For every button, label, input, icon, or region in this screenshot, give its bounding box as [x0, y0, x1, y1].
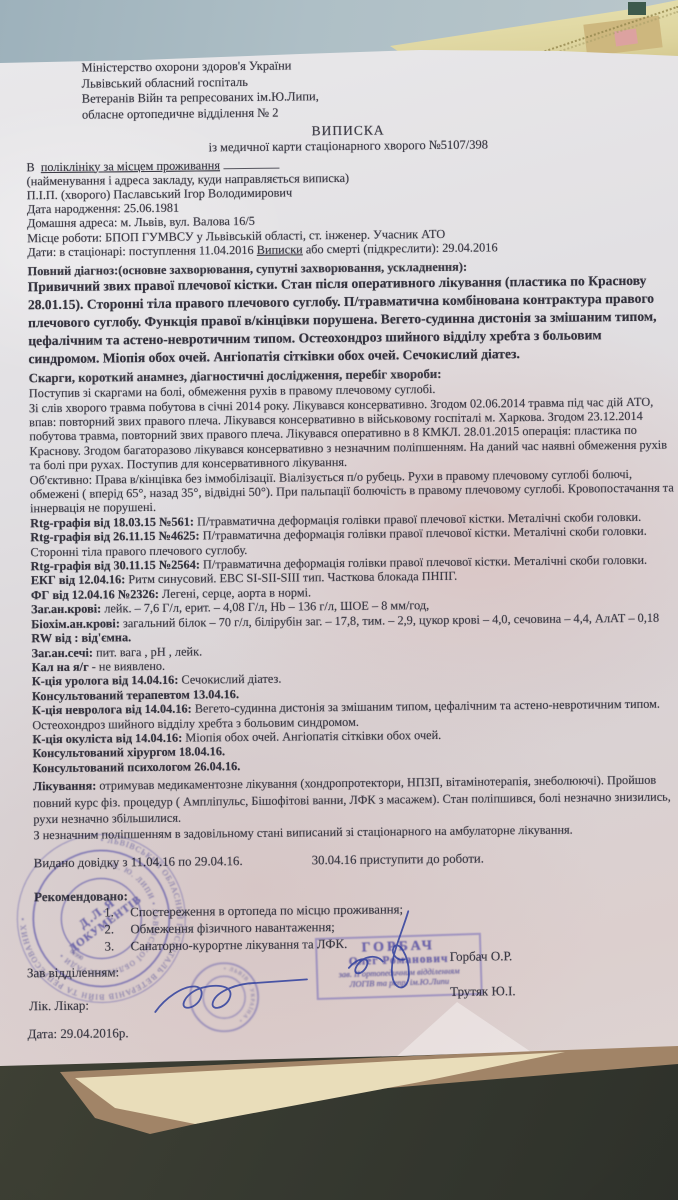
blank-underline: [223, 156, 279, 169]
rectangular-name-stamp: ГОРБАЧ Олег Романович зав. ІІ ортопедичн…: [315, 933, 483, 1000]
diagnostic-findings: Rtg-графія від 18.03.15 №561: П/травмати…: [30, 509, 677, 775]
document-content: Міністерство охорони здоров'я УкраїниЛьв…: [0, 0, 678, 1200]
svg-text:• ЛЬВІВ • УКРАЇНА •: • ЛЬВІВ • УКРАЇНА •: [224, 966, 256, 1024]
diagnosis-text: Привичний звих правої плечової кістки. С…: [28, 272, 673, 369]
anamnesis-paragraphs: Поступив зі скаргами на болі, обмеження …: [29, 380, 674, 516]
issuing-organization: Міністерство охорони здоров'я УкраїниЛьв…: [81, 55, 670, 124]
small-stamp-ring-text: • ЛЬВІВ • УКРАЇНА •: [224, 966, 256, 1024]
anamnesis-paragraph: Об'єктивно: Права в/кінцівка без іммобіл…: [30, 466, 674, 516]
round-stamp-small: • ЛЬВІВ • УКРАЇНА •: [179, 952, 270, 1043]
document-date: Дата: 29.04.2016р.: [27, 1025, 128, 1042]
round-stamp-large: • ЛЬВІВСЬКИЙ ОБЛАСНИЙ ГОСПІТАЛЬ ВЕТЕРАНІ…: [5, 823, 197, 1015]
return-to-work-date: 30.04.16 приступити до роботи.: [312, 852, 484, 869]
patient-fields: В поліклініку за місцем проживання (найм…: [26, 152, 671, 259]
anamnesis-paragraph: Зі слів хворого травма побутова в січні …: [29, 394, 674, 473]
photo-of-medical-discharge-document: Міністерство охорони здоров'я УкраїниЛьв…: [0, 0, 678, 1200]
treatment-line: Лікування: отримував медикаментозне ліку…: [33, 772, 677, 828]
